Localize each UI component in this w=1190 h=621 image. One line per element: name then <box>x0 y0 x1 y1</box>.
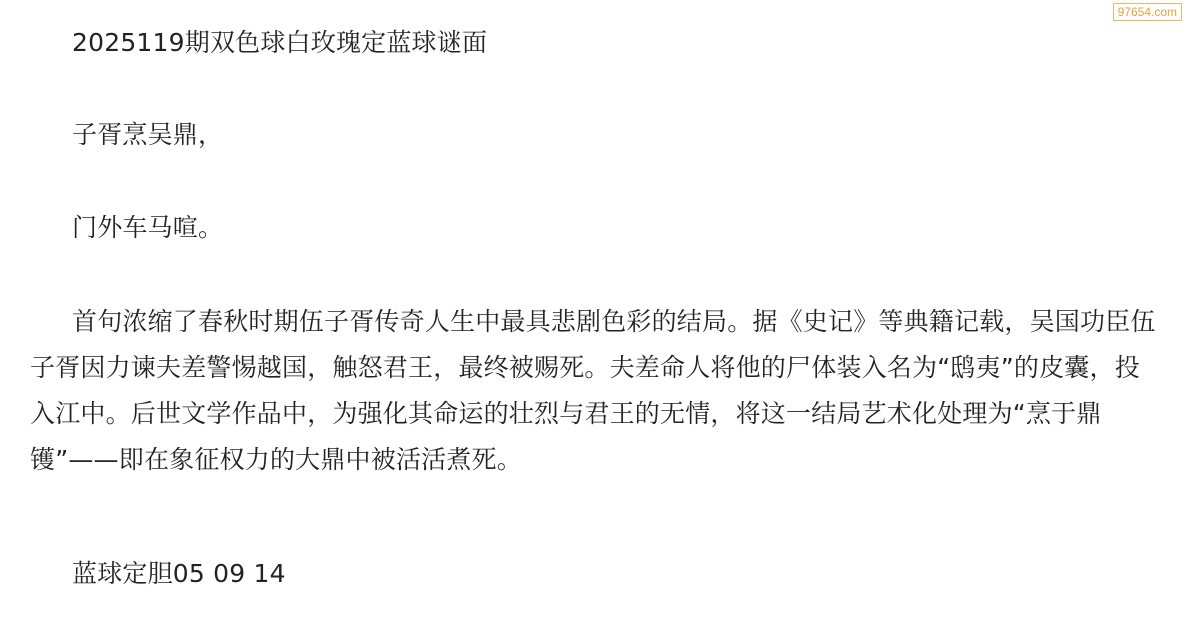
riddle-line-2: 门外车马喧。 <box>0 207 1190 249</box>
blue-ball-conclusion: 蓝球定胆05 09 14 <box>0 553 1190 595</box>
site-watermark: 97654.com <box>1113 3 1182 21</box>
riddle-line-1: 子胥烹吴鼎， <box>0 114 1190 156</box>
explanation-paragraph: 首句浓缩了春秋时期伍子胥传奇人生中最具悲剧色彩的结局。据《史记》等典籍记载，吴国… <box>0 299 1190 483</box>
article-title: 2025119期双色球白玫瑰定蓝球谜面 <box>0 22 1190 64</box>
